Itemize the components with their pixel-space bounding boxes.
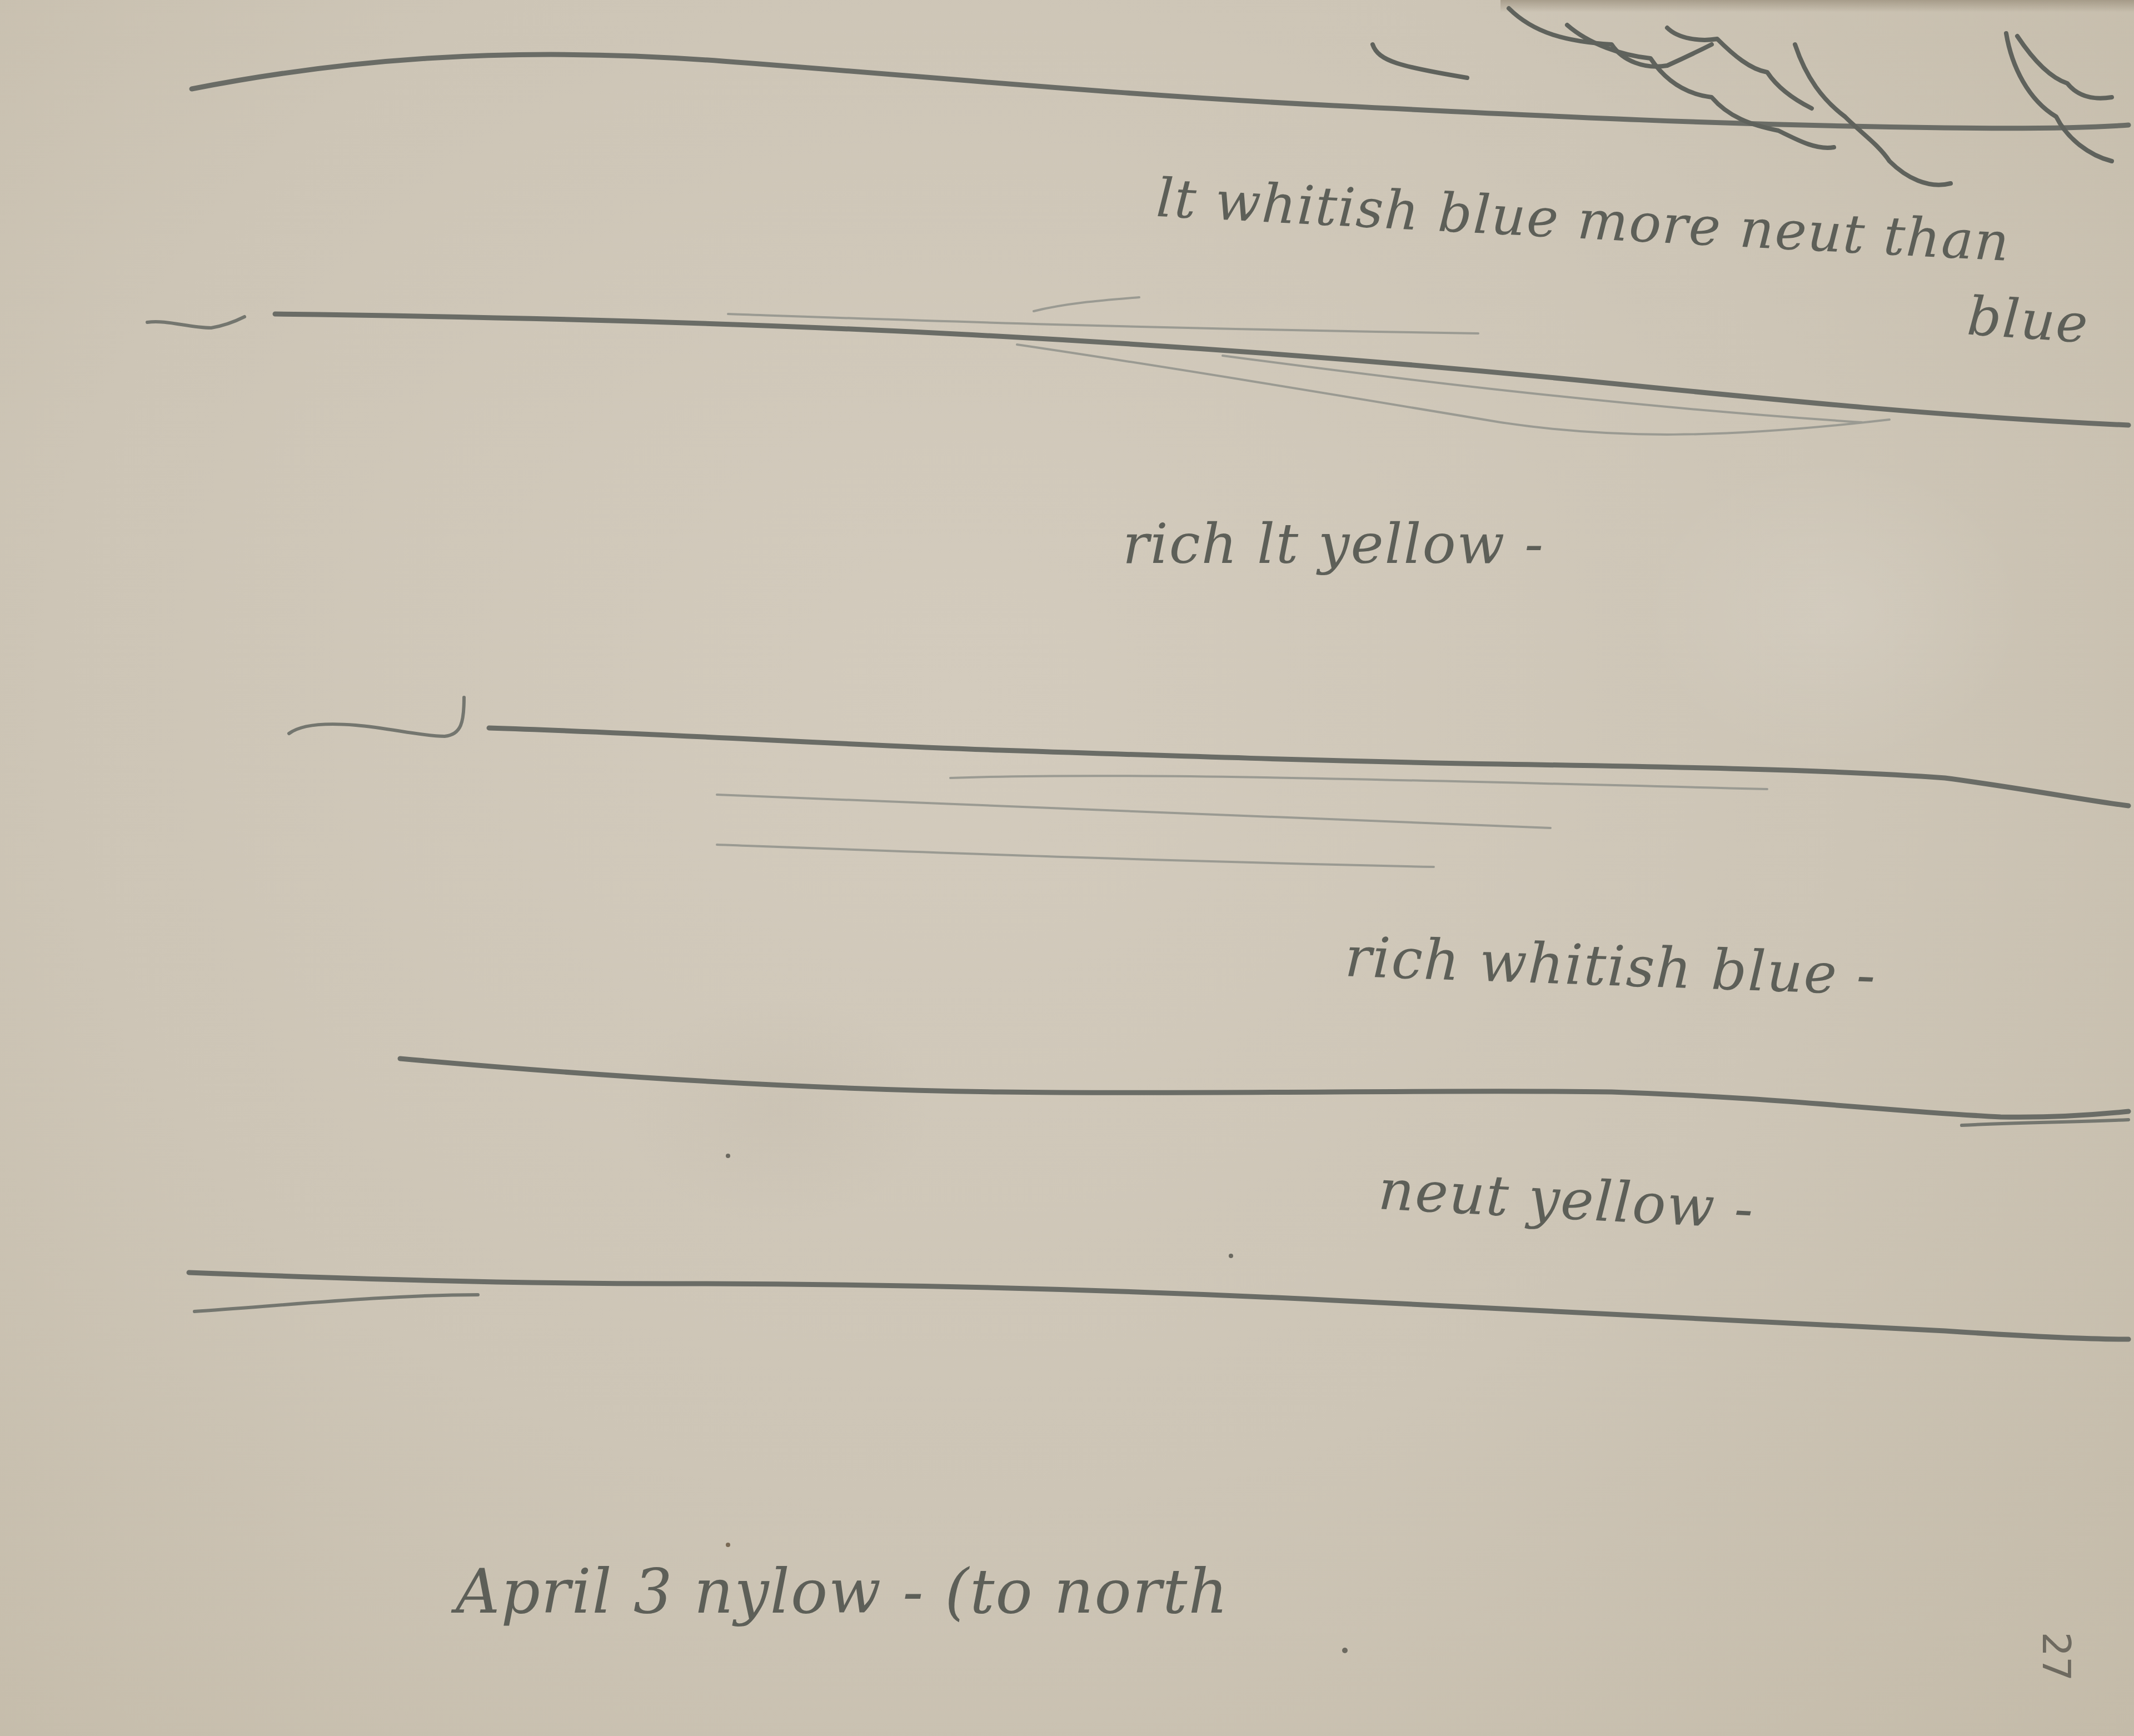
shading-line bbox=[950, 776, 1767, 789]
paper-speck bbox=[726, 1543, 730, 1547]
wave-stroke bbox=[1667, 28, 1812, 108]
horizon-tick bbox=[289, 697, 464, 736]
horizon-line-5 bbox=[189, 1273, 2128, 1339]
annotation-date-note: April 3 nylow - (to north bbox=[456, 1556, 1229, 1627]
annotation-note-1-continuation: blue bbox=[1965, 285, 2091, 356]
paper-speck bbox=[1342, 1648, 1348, 1653]
horizon-line-2 bbox=[275, 314, 2128, 425]
shading-line bbox=[1034, 297, 1139, 311]
paper-speck bbox=[1229, 1254, 1233, 1258]
shading-line bbox=[195, 1295, 478, 1311]
horizon-line-4 bbox=[400, 1059, 2128, 1117]
wave-stroke bbox=[1795, 44, 1951, 185]
wave-stroke bbox=[1373, 44, 1467, 78]
annotation-note-2: rich lt yellow - bbox=[1123, 511, 1544, 576]
shading-line bbox=[717, 845, 1434, 867]
sketch-sheet: lt whitish blue more neut than blue rich… bbox=[0, 0, 2134, 1736]
wave-stroke bbox=[2017, 36, 2112, 98]
shading-line bbox=[1017, 345, 1889, 435]
horizon-line-1 bbox=[192, 54, 2128, 128]
horizon-line-3 bbox=[489, 728, 2128, 806]
shading-line bbox=[717, 795, 1550, 828]
horizon-tick bbox=[147, 317, 245, 328]
shading-line bbox=[1223, 356, 1862, 422]
shading-line bbox=[1962, 1120, 2128, 1125]
page-number: 27 bbox=[2033, 1632, 2079, 1681]
paper-speck bbox=[726, 1154, 730, 1158]
